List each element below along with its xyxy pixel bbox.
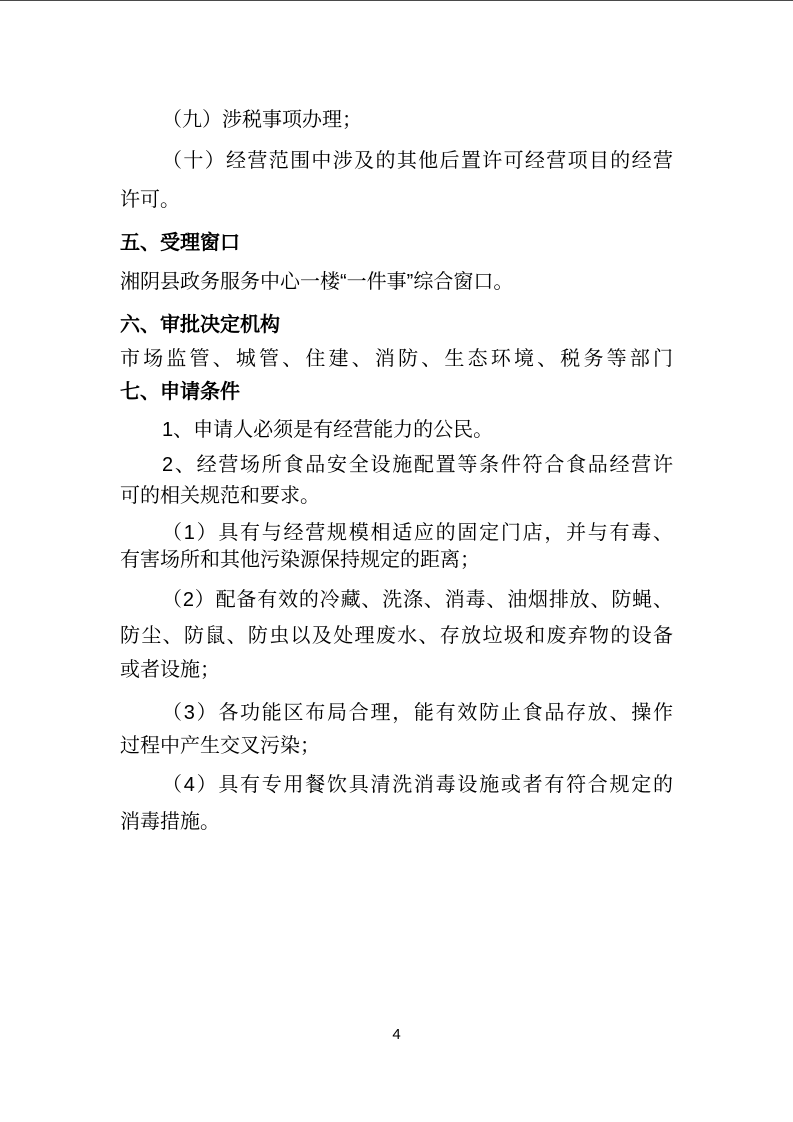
doc-line-item-9: （九）涉税事项办理； — [120, 103, 673, 137]
doc-line-sub-2-b: 防尘、防鼠、防虫以及处理废水、存放垃圾和废弃物的设备 — [120, 619, 673, 653]
doc-line-cond-1: 1、申请人必须是有经营能力的公民。 — [120, 413, 673, 447]
doc-line-item-10-a: （十）经营范围中涉及的其他后置许可经营项目的经营 — [120, 144, 673, 178]
doc-line-sub-3-a: （3）各功能区布局合理，能有效防止食品存放、操作 — [120, 696, 673, 730]
doc-line-sub-3-b: 过程中产生交叉污染； — [120, 729, 673, 763]
document-page: （九）涉税事项办理； （十）经营范围中涉及的其他后置许可经营项目的经营 许可。 … — [0, 0, 793, 1122]
section-heading-5: 五、受理窗口 — [120, 226, 673, 260]
page-number: 4 — [0, 1023, 793, 1047]
section-heading-6: 六、审批决定机构 — [120, 308, 673, 342]
section-heading-7: 七、申请条件 — [120, 375, 673, 409]
doc-line-item-10-b: 许可。 — [120, 183, 673, 217]
doc-line-sub-4-b: 消毒措施。 — [120, 805, 673, 839]
text-block: （九）涉税事项办理； （十）经营范围中涉及的其他后置许可经营项目的经营 许可。 … — [120, 1, 673, 1122]
doc-line-sub-2-a: （2）配备有效的冷藏、洗涤、消毒、油烟排放、防蝇、 — [120, 583, 673, 617]
doc-line-sub-1-b: 有害场所和其他污染源保持规定的距离； — [120, 543, 673, 577]
doc-line-cond-2-b: 可的相关规范和要求。 — [120, 479, 673, 513]
doc-line-sub-2-c: 或者设施； — [120, 653, 673, 687]
doc-line-sub-4-a: （4）具有专用餐饮具清洗消毒设施或者有符合规定的 — [120, 768, 673, 802]
doc-line-cond-2-a: 2、经营场所食品安全设施配置等条件符合食品经营许 — [120, 448, 673, 482]
doc-line-window: 湘阴县政务服务中心一楼“一件事”综合窗口。 — [120, 265, 673, 299]
doc-line-departments: 市场监管、城管、住建、消防、生态环境、税务等部门 — [120, 342, 673, 376]
